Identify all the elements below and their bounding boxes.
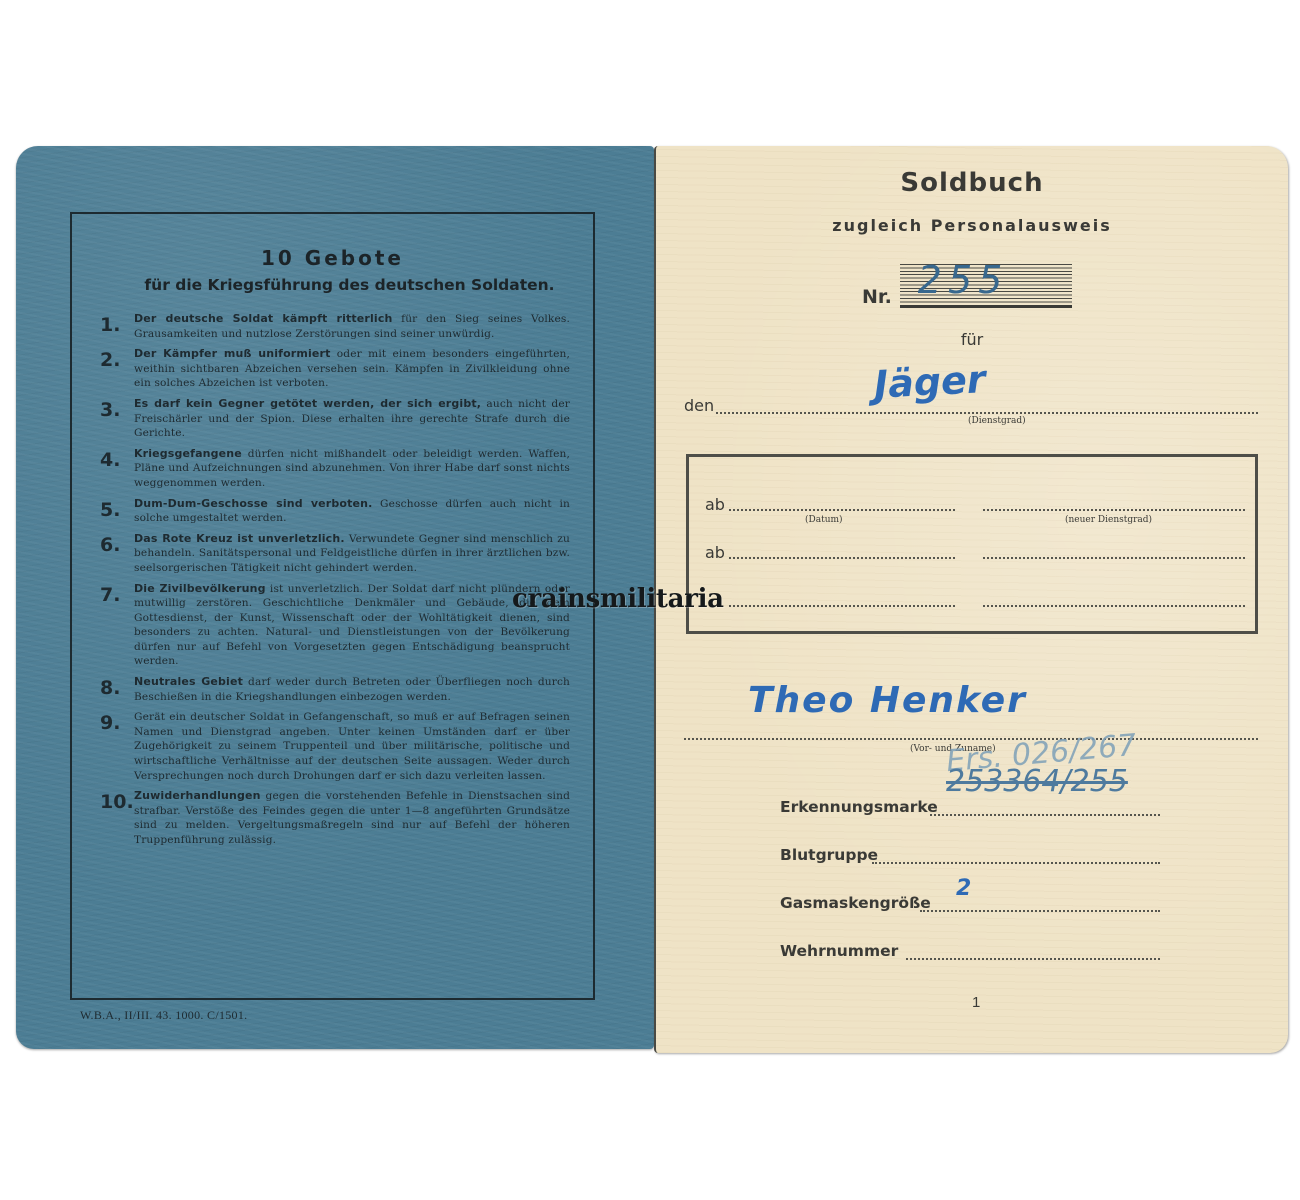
name-field: Theo Henker (Vor- und Zuname) Ers. 026/2…: [684, 726, 1258, 766]
commandment-number: 5.: [100, 499, 134, 521]
promotion-row: [705, 593, 1245, 613]
commandment-number: 10.: [100, 791, 134, 813]
commandment-item: 4. Kriegsgefangene dürfen nicht mißhande…: [100, 447, 570, 491]
commandment-heading: Das Rote Kreuz ist unverletzlich.: [134, 532, 345, 545]
promotion-rank-line: [983, 509, 1245, 511]
number-value: 255: [918, 258, 1009, 302]
name-value: Theo Henker: [748, 680, 1027, 721]
promotion-from-label: ab: [705, 495, 725, 514]
commandment-number: 7.: [100, 584, 134, 606]
service-number-field: Wehrnummer: [780, 942, 1160, 990]
commandment-number: 4.: [100, 449, 134, 471]
commandment-heading: Kriegsgefangene: [134, 447, 242, 460]
service-number-label: Wehrnummer: [780, 942, 898, 960]
commandment-number: 9.: [100, 712, 134, 734]
rank-label: den: [684, 396, 714, 415]
promotions-box: ab (Datum) (neuer Dienstgrad) ab: [686, 454, 1258, 634]
number-row: Nr. 255: [862, 264, 1072, 308]
commandment-number: 1.: [100, 314, 134, 336]
promotion-from-label: ab: [705, 543, 725, 562]
id-tag-field: Erkennungsmarke: [780, 798, 1160, 846]
gas-mask-size-field: Gasmaskengröße 2: [780, 894, 1160, 942]
commandment-item: 6. Das Rote Kreuz ist unverletzlich. Ver…: [100, 532, 570, 576]
number-label: Nr.: [862, 286, 892, 308]
commandment-item: 1. Der deutsche Soldat kämpft ritterlich…: [100, 312, 570, 341]
blood-group-label: Blutgruppe: [780, 846, 878, 864]
commandment-item: 9. Gerät ein deutscher Soldat in Gefange…: [100, 710, 570, 783]
commandment-item: 10. Zuwiderhandlungen gegen die vorstehe…: [100, 789, 570, 847]
rank-value: Jäger: [873, 357, 987, 407]
commandment-heading: Dum-Dum-Geschosse sind verboten.: [134, 497, 372, 510]
commandment-heading: Der Kämpfer muß uniformiert: [134, 347, 331, 360]
commandment-number: 3.: [100, 399, 134, 421]
gas-mask-size-line: [920, 910, 1160, 912]
commandment-number: 6.: [100, 534, 134, 556]
date-caption: (Datum): [805, 515, 843, 525]
commandment-text: ist unverletzlich. Der Soldat darf nicht…: [134, 583, 570, 668]
commandments-list: 1. Der deutsche Soldat kämpft ritterlich…: [100, 312, 570, 854]
struck-number-2: 253364/255: [946, 764, 1128, 799]
commandments-title: 10 Gebote: [72, 246, 593, 270]
commandment-item: 2. Der Kämpfer muß uniformiert oder mit …: [100, 347, 570, 391]
commandment-heading: Es darf kein Gegner getötet werden, der …: [134, 397, 481, 410]
promotion-date-line: [729, 509, 955, 511]
rank-dotted-line: [716, 412, 1258, 414]
blood-group-line: [872, 862, 1160, 864]
rank-field: den Jäger (Dienstgrad): [684, 396, 1258, 420]
commandment-item: 3. Es darf kein Gegner getötet werden, d…: [100, 397, 570, 441]
commandments-subtitle: für die Kriegsführung des deutschen Sold…: [130, 276, 569, 294]
promotion-rank-line: [983, 605, 1245, 607]
watermark: crainsmilitaria: [512, 584, 724, 614]
new-rank-caption: (neuer Dienstgrad): [1065, 515, 1152, 525]
commandment-item: 7. Die Zivilbevölkerung ist unverletzlic…: [100, 582, 570, 670]
commandment-heading: Die Zivilbevölkerung: [134, 582, 266, 595]
promotion-row: ab (Datum) (neuer Dienstgrad): [705, 497, 1245, 517]
name-dotted-line: [684, 738, 1258, 740]
service-number-line: [906, 958, 1160, 960]
print-code: W.B.A., II/III. 43. 1000. C/1501.: [80, 1008, 247, 1023]
commandment-heading: Zuwiderhandlungen: [134, 789, 261, 802]
promotion-rank-line: [983, 557, 1245, 559]
document-subtitle: zugleich Personalausweis: [656, 216, 1288, 235]
commandment-item: 5. Dum-Dum-Geschosse sind verboten. Gesc…: [100, 497, 570, 526]
promotion-date-line: [729, 605, 955, 607]
id-tag-label: Erkennungsmarke: [780, 798, 938, 816]
gas-mask-size-label: Gasmaskengröße: [780, 894, 931, 912]
right-page-soldbuch: Soldbuch zugleich Personalausweis Nr. 25…: [654, 146, 1288, 1053]
commandment-heading: Der deutsche Soldat kämpft ritterlich: [134, 312, 393, 325]
commandment-text: Gerät ein deutscher Soldat in Gefangensc…: [134, 711, 570, 781]
document-title: Soldbuch: [656, 168, 1288, 198]
commandment-number: 2.: [100, 349, 134, 371]
id-tag-line: [930, 814, 1160, 816]
promotion-row: ab: [705, 545, 1245, 565]
identity-fields: Erkennungsmarke Blutgruppe Gasmaskengröß…: [780, 798, 1160, 990]
commandment-heading: Neutrales Gebiet: [134, 675, 243, 688]
for-label: für: [656, 330, 1288, 349]
number-field: 255: [900, 264, 1072, 308]
commandment-item: 8. Neutrales Gebiet darf weder durch Bet…: [100, 675, 570, 704]
promotion-date-line: [729, 557, 955, 559]
page-number: 1: [972, 994, 980, 1011]
gas-mask-size-value: 2: [956, 876, 971, 901]
commandment-number: 8.: [100, 677, 134, 699]
rank-caption: (Dienstgrad): [968, 416, 1026, 426]
